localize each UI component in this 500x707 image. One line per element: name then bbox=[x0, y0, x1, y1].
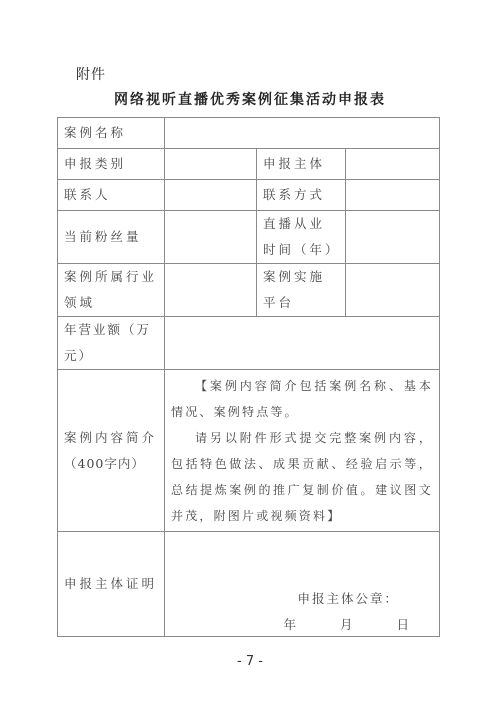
field-contact-method[interactable] bbox=[346, 180, 440, 211]
label-case-name: 案例名称 bbox=[58, 118, 165, 149]
date-month: 月 bbox=[340, 617, 353, 632]
row-category: 申报类别 申报主体 bbox=[58, 149, 440, 180]
field-case-summary[interactable]: 【案例内容简介包括案例名称、基本情况、案例特点等。 请另以附件形式提交完整案例内… bbox=[165, 370, 440, 532]
label-platform: 案例实施平台 bbox=[257, 264, 346, 317]
row-industry: 案例所属行业领域 案例实施平台 bbox=[58, 264, 440, 317]
summary-instruction-2: 请另以附件形式提交完整案例内容，包括特色做法、成果贡献、经验启示等，总结提炼案例… bbox=[171, 425, 433, 529]
label-industry: 案例所属行业领域 bbox=[58, 264, 165, 317]
date-year: 年 bbox=[284, 617, 297, 632]
label-applicant: 申报主体 bbox=[257, 149, 346, 180]
field-category[interactable] bbox=[165, 149, 257, 180]
row-case-name: 案例名称 bbox=[58, 118, 440, 149]
seal-date: 年 月 日 bbox=[262, 612, 410, 638]
label-contact-person: 联系人 bbox=[58, 180, 165, 211]
row-contact: 联系人 联系方式 bbox=[58, 180, 440, 211]
field-revenue[interactable] bbox=[165, 317, 440, 370]
form-title: 网络视听直播优秀案例征集活动申报表 bbox=[0, 89, 500, 109]
label-applicant-proof: 申报主体证明 bbox=[58, 532, 165, 637]
seal-label: 申报主体公章： bbox=[298, 586, 400, 612]
field-applicant[interactable] bbox=[346, 149, 440, 180]
summary-instruction-1: 【案例内容简介包括案例名称、基本情况、案例特点等。 bbox=[171, 373, 433, 425]
label-case-summary-limit: （400字内） bbox=[64, 451, 158, 477]
field-platform[interactable] bbox=[346, 264, 440, 317]
field-case-name[interactable] bbox=[165, 118, 440, 149]
label-category: 申报类别 bbox=[58, 149, 165, 180]
field-applicant-proof[interactable]: 申报主体公章： 年 月 日 bbox=[165, 532, 440, 637]
field-industry[interactable] bbox=[165, 264, 257, 317]
field-contact-person[interactable] bbox=[165, 180, 257, 211]
date-day: 日 bbox=[397, 617, 410, 632]
field-live-years[interactable] bbox=[346, 211, 440, 264]
label-followers: 当前粉丝量 bbox=[58, 211, 165, 264]
field-followers[interactable] bbox=[165, 211, 257, 264]
page-number: - 7 - bbox=[0, 654, 500, 669]
label-case-summary-main: 案例内容简介 bbox=[64, 425, 158, 451]
row-followers: 当前粉丝量 直播从业时间（年） bbox=[58, 211, 440, 264]
application-form-table: 案例名称 申报类别 申报主体 联系人 联系方式 当前粉丝量 直播从业时间（年） … bbox=[57, 117, 440, 637]
row-applicant-proof: 申报主体证明 申报主体公章： 年 月 日 bbox=[58, 532, 440, 637]
label-contact-method: 联系方式 bbox=[257, 180, 346, 211]
label-case-summary: 案例内容简介 （400字内） bbox=[58, 370, 165, 532]
label-live-years: 直播从业时间（年） bbox=[257, 211, 346, 264]
row-case-summary: 案例内容简介 （400字内） 【案例内容简介包括案例名称、基本情况、案例特点等。… bbox=[58, 370, 440, 532]
attachment-label: 附件 bbox=[76, 64, 106, 84]
row-revenue: 年营业额（万元） bbox=[58, 317, 440, 370]
label-revenue: 年营业额（万元） bbox=[58, 317, 165, 370]
